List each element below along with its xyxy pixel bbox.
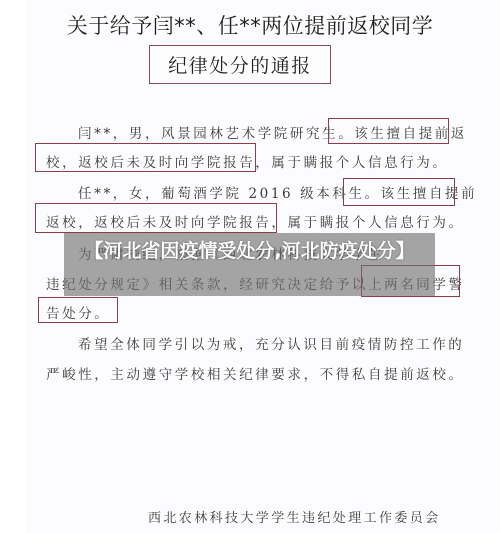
highlight-box-1 [328,118,449,144]
paragraph-4-line-2: 严峻性，主动遵守学校相关纪律要求，不得私自提前返校。 [46,363,465,383]
signature: 西北农林科技大学学生违纪处理工作委员会 [148,507,441,526]
paragraph-4-line-1: 希望全体同学引以为戒，充分认识目前疫情防控工作的 [78,333,464,353]
caption-text: 【河北省因疫情受处分,河北防疫处分】 [64,238,435,264]
document-title: 关于给予闫**、任**两位提前返校同学 [0,10,500,40]
document-subtitle: 纪律处分的通报 [149,45,331,84]
highlight-box-6 [38,297,118,323]
highlight-box-3 [343,178,455,206]
highlight-box-2 [35,143,256,172]
highlight-box-4 [35,203,277,233]
